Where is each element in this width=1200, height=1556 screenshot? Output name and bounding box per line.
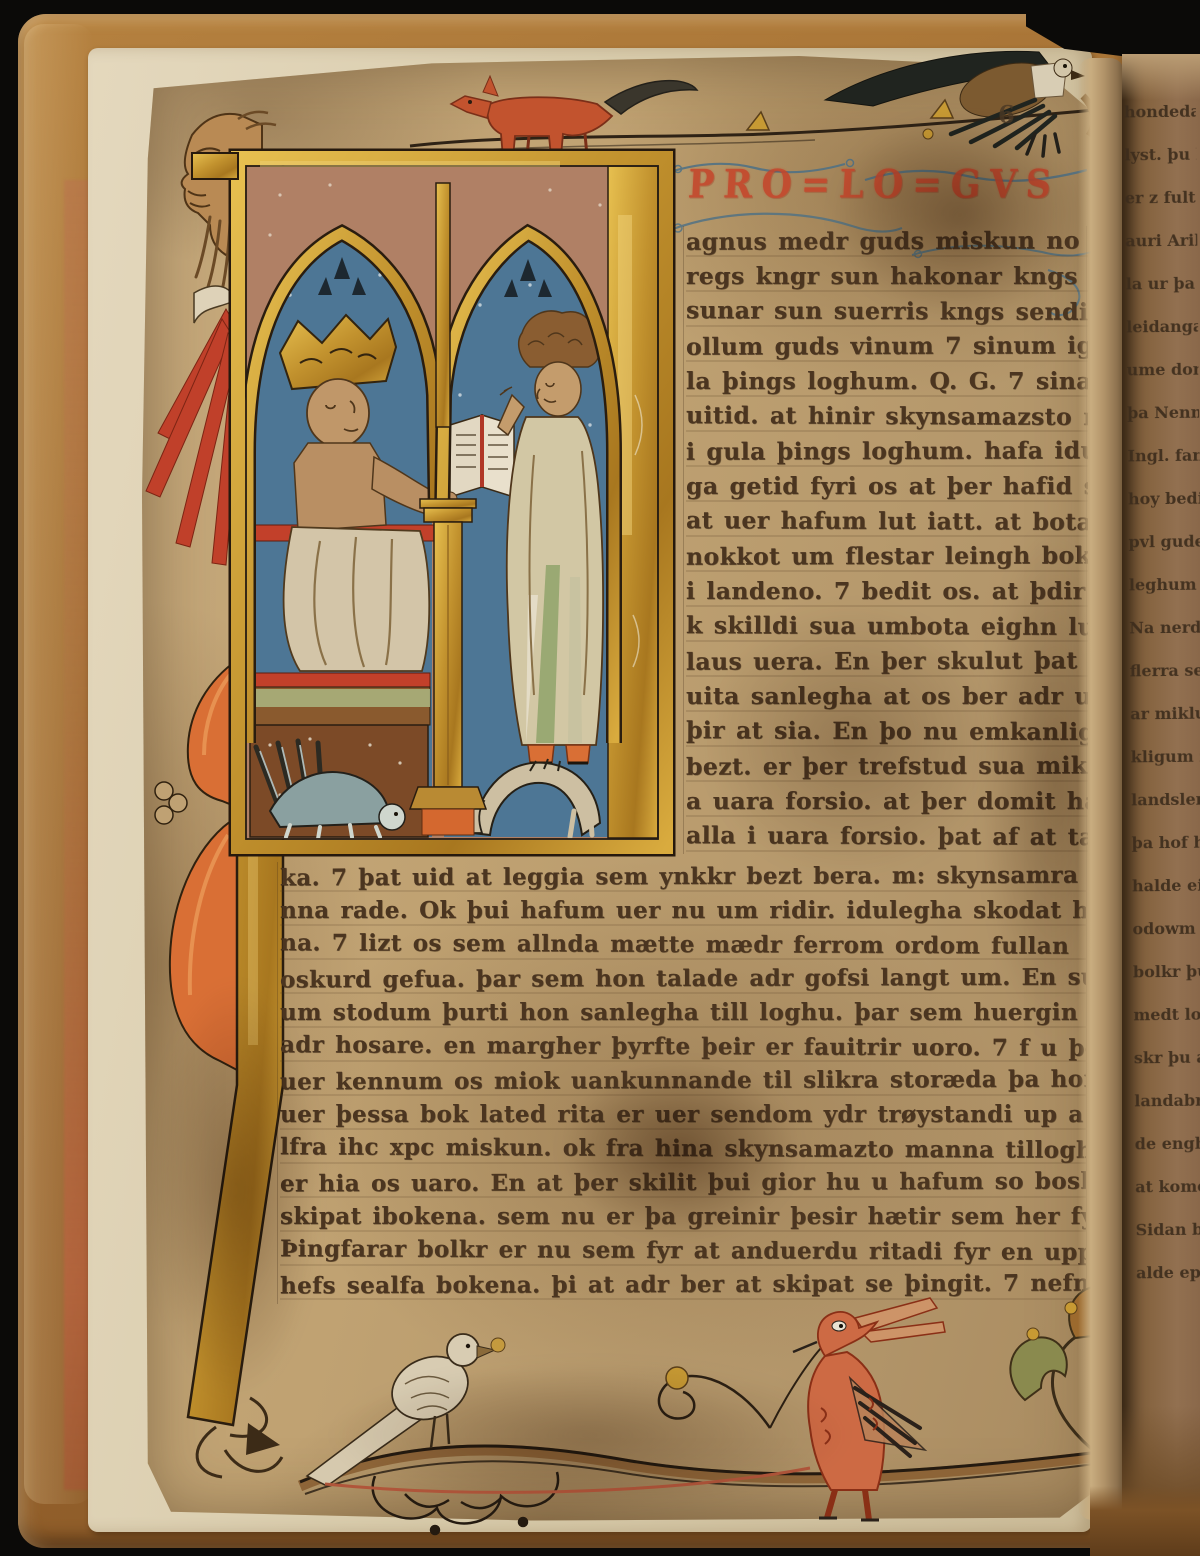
- text-fragment: alde eptir l: [1136, 1251, 1200, 1295]
- text-line: ga getid fyri os at þer hafid spt: [686, 469, 1088, 504]
- red-tinted-page-edge: [64, 180, 90, 1490]
- text-line: nna rade. Ok þui hafum uer nu um ridir. …: [280, 894, 1086, 928]
- manuscript-photo: 6 PRO=LO=GVS: [0, 0, 1200, 1556]
- text-fragment: ume doms h: [1126, 348, 1198, 392]
- text-line: k skilldi sua umbota eighn lut: [686, 608, 1088, 645]
- gothic-trefoil-pendant: [373, 1472, 558, 1534]
- text-fragment: skr þu at sua: [1134, 1036, 1200, 1080]
- text-line: bezt. er þer trefstud sua mikit: [686, 748, 1088, 784]
- text-column: agnus medr guds miskun noregs kngr sun h…: [686, 224, 1088, 854]
- text-line: regs kngr sun hakonar kngs ~: [686, 259, 1088, 294]
- text-fragment: lyst. þu h: [1124, 133, 1196, 177]
- ruling-line: [277, 862, 278, 1304]
- text-line: uer kennum os miok uankunnande til slikr…: [280, 1063, 1086, 1100]
- text-fragment: ar miklu uar: [1130, 692, 1200, 736]
- opposite-page-text: hondedar llyst. þu her z fult 7auri Aril…: [1124, 90, 1200, 1295]
- text-line: laus uera. En þer skulut þat: [686, 643, 1088, 679]
- text-line: ka. 7 þat uid at leggia sem ynkkr bezt b…: [280, 859, 1086, 896]
- text-fragment: pvl gudes m: [1128, 520, 1200, 564]
- text-fragment: bolkr þu at h: [1133, 950, 1200, 994]
- text-fragment: hoy bedingm: [1128, 477, 1200, 521]
- text-fragment: landabrigdi: [1134, 1079, 1200, 1123]
- text-fragment: leidanga rik: [1126, 305, 1198, 349]
- text-fragment: landslenghd: [1131, 778, 1200, 822]
- text-fragment: hondedar l: [1124, 90, 1196, 134]
- text-line: a uara forsio. at þer domit hana: [686, 784, 1088, 819]
- throne-red-band: [250, 673, 430, 687]
- text-fragment: er z fult 7: [1125, 176, 1197, 220]
- text-line: nokkot um flestar leingh bokr: [686, 538, 1088, 574]
- text-fragment: Ingl. fangi: [1127, 434, 1199, 478]
- text-line: la þings loghum. Q. G. 7 sina. þ: [686, 364, 1088, 399]
- text-fragment: þa hof honom: [1131, 821, 1200, 865]
- white-bird-drawing: [307, 1334, 505, 1486]
- text-line: uer þessa bok lated rita er uer sendom y…: [280, 1098, 1086, 1132]
- text-line: agnus medr guds miskun no: [686, 223, 1088, 259]
- text-line: þir at sia. En þo nu emkanligha: [686, 713, 1088, 750]
- text-line: Þingfarar bolkr er nu sem fyr at anduerd…: [280, 1232, 1086, 1270]
- text-line: oskurd gefua. þar sem hon talade adr gof…: [280, 961, 1086, 998]
- text-line: adr hosare. en margher þyrfte þeir er fa…: [280, 1028, 1086, 1066]
- text-fragment: at komezt. r: [1135, 1165, 1200, 1209]
- text-fragment: flerra sem h: [1130, 649, 1200, 693]
- text-line: i landeno. 7 bedit os. at þdir bo: [686, 574, 1088, 609]
- flame-ornament: [155, 660, 237, 1070]
- text-fragment: Sidan bokri: [1135, 1208, 1200, 1252]
- folio-number: 6: [998, 100, 1015, 129]
- text-line: ollum guds vinum 7 sinum igu: [686, 328, 1088, 364]
- text-line: uita sanlegha at os ber adr ual: [686, 679, 1088, 714]
- opposite-page-edge: hondedar llyst. þu her z fult 7auri Aril…: [1122, 54, 1200, 1556]
- trefoil-ornament: [155, 782, 187, 824]
- text-fragment: odowm m logh: [1132, 907, 1200, 951]
- text-fragment: leghum 7 þo: [1129, 563, 1200, 607]
- text-fragment: þa Nenn: [1127, 391, 1199, 435]
- text-line: i gula þings loghum. hafa iduli: [686, 433, 1088, 469]
- page-fore-edge-curl: [1078, 58, 1124, 1520]
- king-drapery: [284, 527, 430, 671]
- ruling-line: [683, 226, 684, 854]
- text-line: skipat ibokena. sem nu er þa greinir þes…: [280, 1200, 1086, 1234]
- text-fragment: medt loghum: [1133, 993, 1200, 1037]
- text-line: er hia os uaro. En at þer skilit þui gio…: [280, 1165, 1086, 1202]
- text-line: at uer hafum lut iatt. at bota: [686, 503, 1088, 540]
- text-fragment: Na nerda pr: [1129, 606, 1200, 650]
- text-fragment: kligum zþel: [1130, 735, 1200, 779]
- binding-bottom-right: [1090, 1486, 1200, 1556]
- text-line: um stodum þurti hon sanlegha till loghu.…: [280, 996, 1086, 1030]
- text-fragment: auri Arilz: [1125, 219, 1197, 263]
- text-line: lfra ihc xpc miskun. ok fra hina skynsam…: [280, 1130, 1086, 1168]
- text-fragment: la ur þa 7: [1125, 262, 1197, 306]
- bottom-margin-drawings: [265, 1278, 1125, 1540]
- text-fragment: halde eiga m: [1132, 864, 1200, 908]
- text-line: sunar sun suerris kngs sendir: [686, 293, 1088, 330]
- text-line: na. 7 lizt os sem allnda mætte mædr ferr…: [280, 926, 1086, 964]
- text-block-full-width: ka. 7 þat uid at leggia sem ynkkr bezt b…: [280, 860, 1086, 1302]
- text-line: uitid. at hinir skynsamazsto mē: [686, 398, 1088, 435]
- text-line: alla i uara forsio. þat af at ta: [686, 818, 1088, 855]
- curl-stem-gold-ball: [659, 1348, 821, 1428]
- eagle-drawing: [825, 51, 1094, 156]
- text-fragment: de enghum h: [1135, 1122, 1200, 1166]
